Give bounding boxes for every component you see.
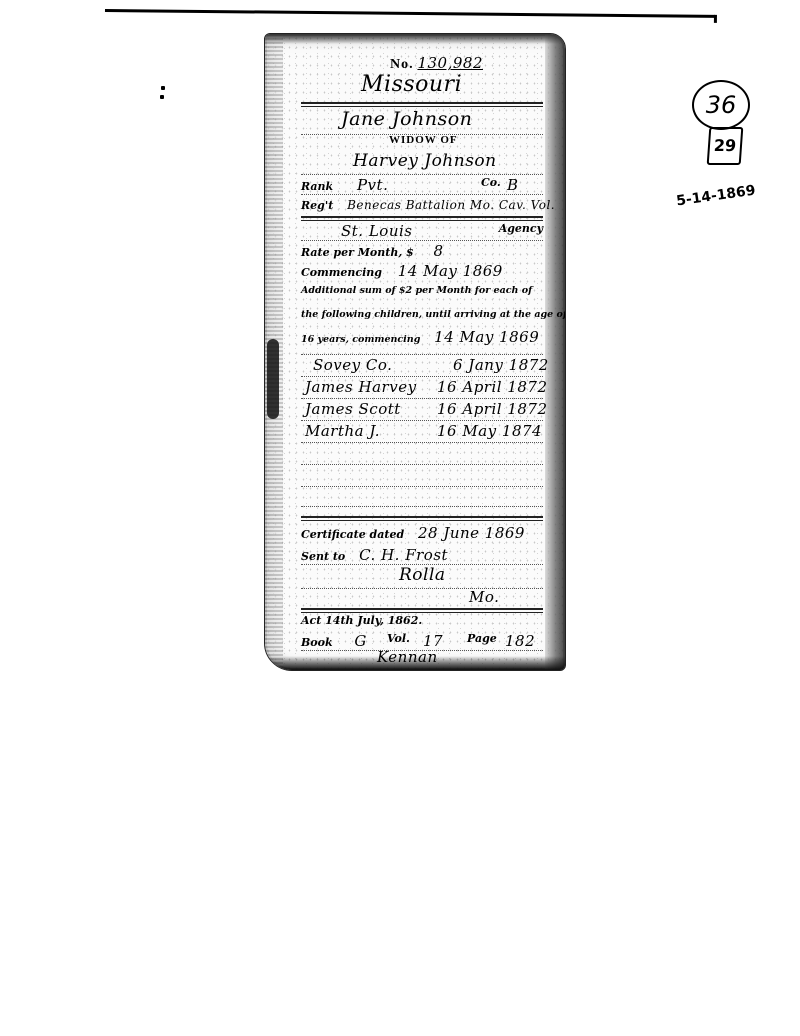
regiment-row: Reg't Benecas Battalion Mo. Cav. Vol. xyxy=(301,198,543,212)
certificate-number: 130,982 xyxy=(417,54,483,72)
child-date: 16 May 1874 xyxy=(437,422,542,440)
divider xyxy=(301,420,543,421)
vol-label: Vol. xyxy=(387,632,410,645)
sent-to-label: Sent to xyxy=(301,550,345,563)
agency-label: Agency xyxy=(499,222,543,235)
scan-border-line xyxy=(105,9,715,18)
divider xyxy=(301,506,543,507)
sent-to-name: C. H. Frost xyxy=(359,546,448,564)
divider xyxy=(301,354,543,355)
regiment: Benecas Battalion Mo. Cav. Vol. xyxy=(347,198,555,212)
child-row: Sovey Co. 6 Jany 1872 xyxy=(313,356,543,374)
rate: 8 xyxy=(433,242,443,260)
certificate-number-row: No. 130,982 xyxy=(390,54,543,73)
sent-to-city: Rolla xyxy=(399,565,543,585)
rank-label: Rank xyxy=(301,180,333,193)
commencing-row: Commencing 14 May 1869 xyxy=(301,262,543,280)
certificate-dated: 28 June 1869 xyxy=(418,524,525,542)
child-name: James Harvey xyxy=(305,378,417,396)
children-commencing-row: 16 years, commencing 14 May 1869 xyxy=(301,328,543,346)
boxed-number-text: 29 xyxy=(709,129,741,163)
child-name: James Scott xyxy=(305,400,401,418)
margin-date: 5-14-1869 xyxy=(675,183,756,210)
child-row: James Scott 16 April 1872 xyxy=(305,400,543,418)
divider xyxy=(301,216,543,218)
certificate-no-label: No. xyxy=(390,57,414,72)
rank-row: Rank Pvt. Co. B xyxy=(301,176,543,194)
book: G xyxy=(354,632,366,650)
card-top-edge xyxy=(265,34,565,44)
additional-text-line-1: Additional sum of $2 per Month for each … xyxy=(301,285,543,296)
child-name: Sovey Co. xyxy=(313,356,392,374)
divider xyxy=(301,516,543,518)
divider xyxy=(301,102,543,104)
circled-number-text: 36 xyxy=(694,82,748,128)
commencing-label: Commencing xyxy=(301,266,382,279)
divider xyxy=(301,608,543,610)
company: B xyxy=(507,176,519,194)
child-row: Martha J. 16 May 1874 xyxy=(305,422,543,440)
children-commencing-date: 14 May 1869 xyxy=(434,328,539,346)
additional-text-line-2: the following children, until arriving a… xyxy=(301,309,543,320)
page-label: Page xyxy=(467,632,497,645)
divider xyxy=(301,442,543,443)
divider xyxy=(301,194,543,195)
commencing-date: 14 May 1869 xyxy=(398,262,503,280)
card-edge-right xyxy=(545,34,565,670)
child-name: Martha J. xyxy=(305,422,380,440)
divider xyxy=(301,398,543,399)
additional-text-line-3: 16 years, commencing xyxy=(301,334,420,345)
scan-specks xyxy=(160,86,166,106)
certificate-dated-label: Certificate dated xyxy=(301,528,404,541)
book-label: Book xyxy=(301,636,333,649)
rate-row: Rate per Month, $ 8 xyxy=(301,242,543,260)
child-row: James Harvey 16 April 1872 xyxy=(305,378,543,396)
pension-index-card: No. 130,982 Missouri Jane Johnson WIDOW … xyxy=(264,33,566,671)
sent-to-row: Sent to C. H. Frost xyxy=(301,546,543,564)
divider xyxy=(301,464,543,465)
child-date: 16 April 1872 xyxy=(437,378,548,396)
sent-to-state: Mo. xyxy=(469,588,543,606)
agency-place: St. Louis xyxy=(341,222,413,240)
act-text: Act 14th July, 1862. xyxy=(301,614,543,627)
agency-row: St. Louis Agency xyxy=(301,222,543,240)
child-date: 16 April 1872 xyxy=(437,400,548,418)
divider xyxy=(301,486,543,487)
rank: Pvt. xyxy=(357,176,388,194)
child-date: 6 Jany 1872 xyxy=(453,356,549,374)
card-stain xyxy=(267,339,279,419)
divider xyxy=(301,174,543,175)
widow-name: Jane Johnson xyxy=(341,108,543,130)
certificate-dated-row: Certificate dated 28 June 1869 xyxy=(301,524,543,542)
regiment-label: Reg't xyxy=(301,199,333,212)
divider xyxy=(301,376,543,377)
rate-label: Rate per Month, $ xyxy=(301,246,414,259)
divider xyxy=(301,240,543,241)
company-label: Co. xyxy=(481,176,501,189)
circled-number: 36 xyxy=(692,80,750,130)
state: Missouri xyxy=(361,72,543,97)
boxed-number: 29 xyxy=(707,127,744,165)
soldier-name: Harvey Johnson xyxy=(353,151,543,171)
widow-of-label: WIDOW OF xyxy=(389,134,543,146)
clerk-signature: Kennan xyxy=(377,648,543,666)
